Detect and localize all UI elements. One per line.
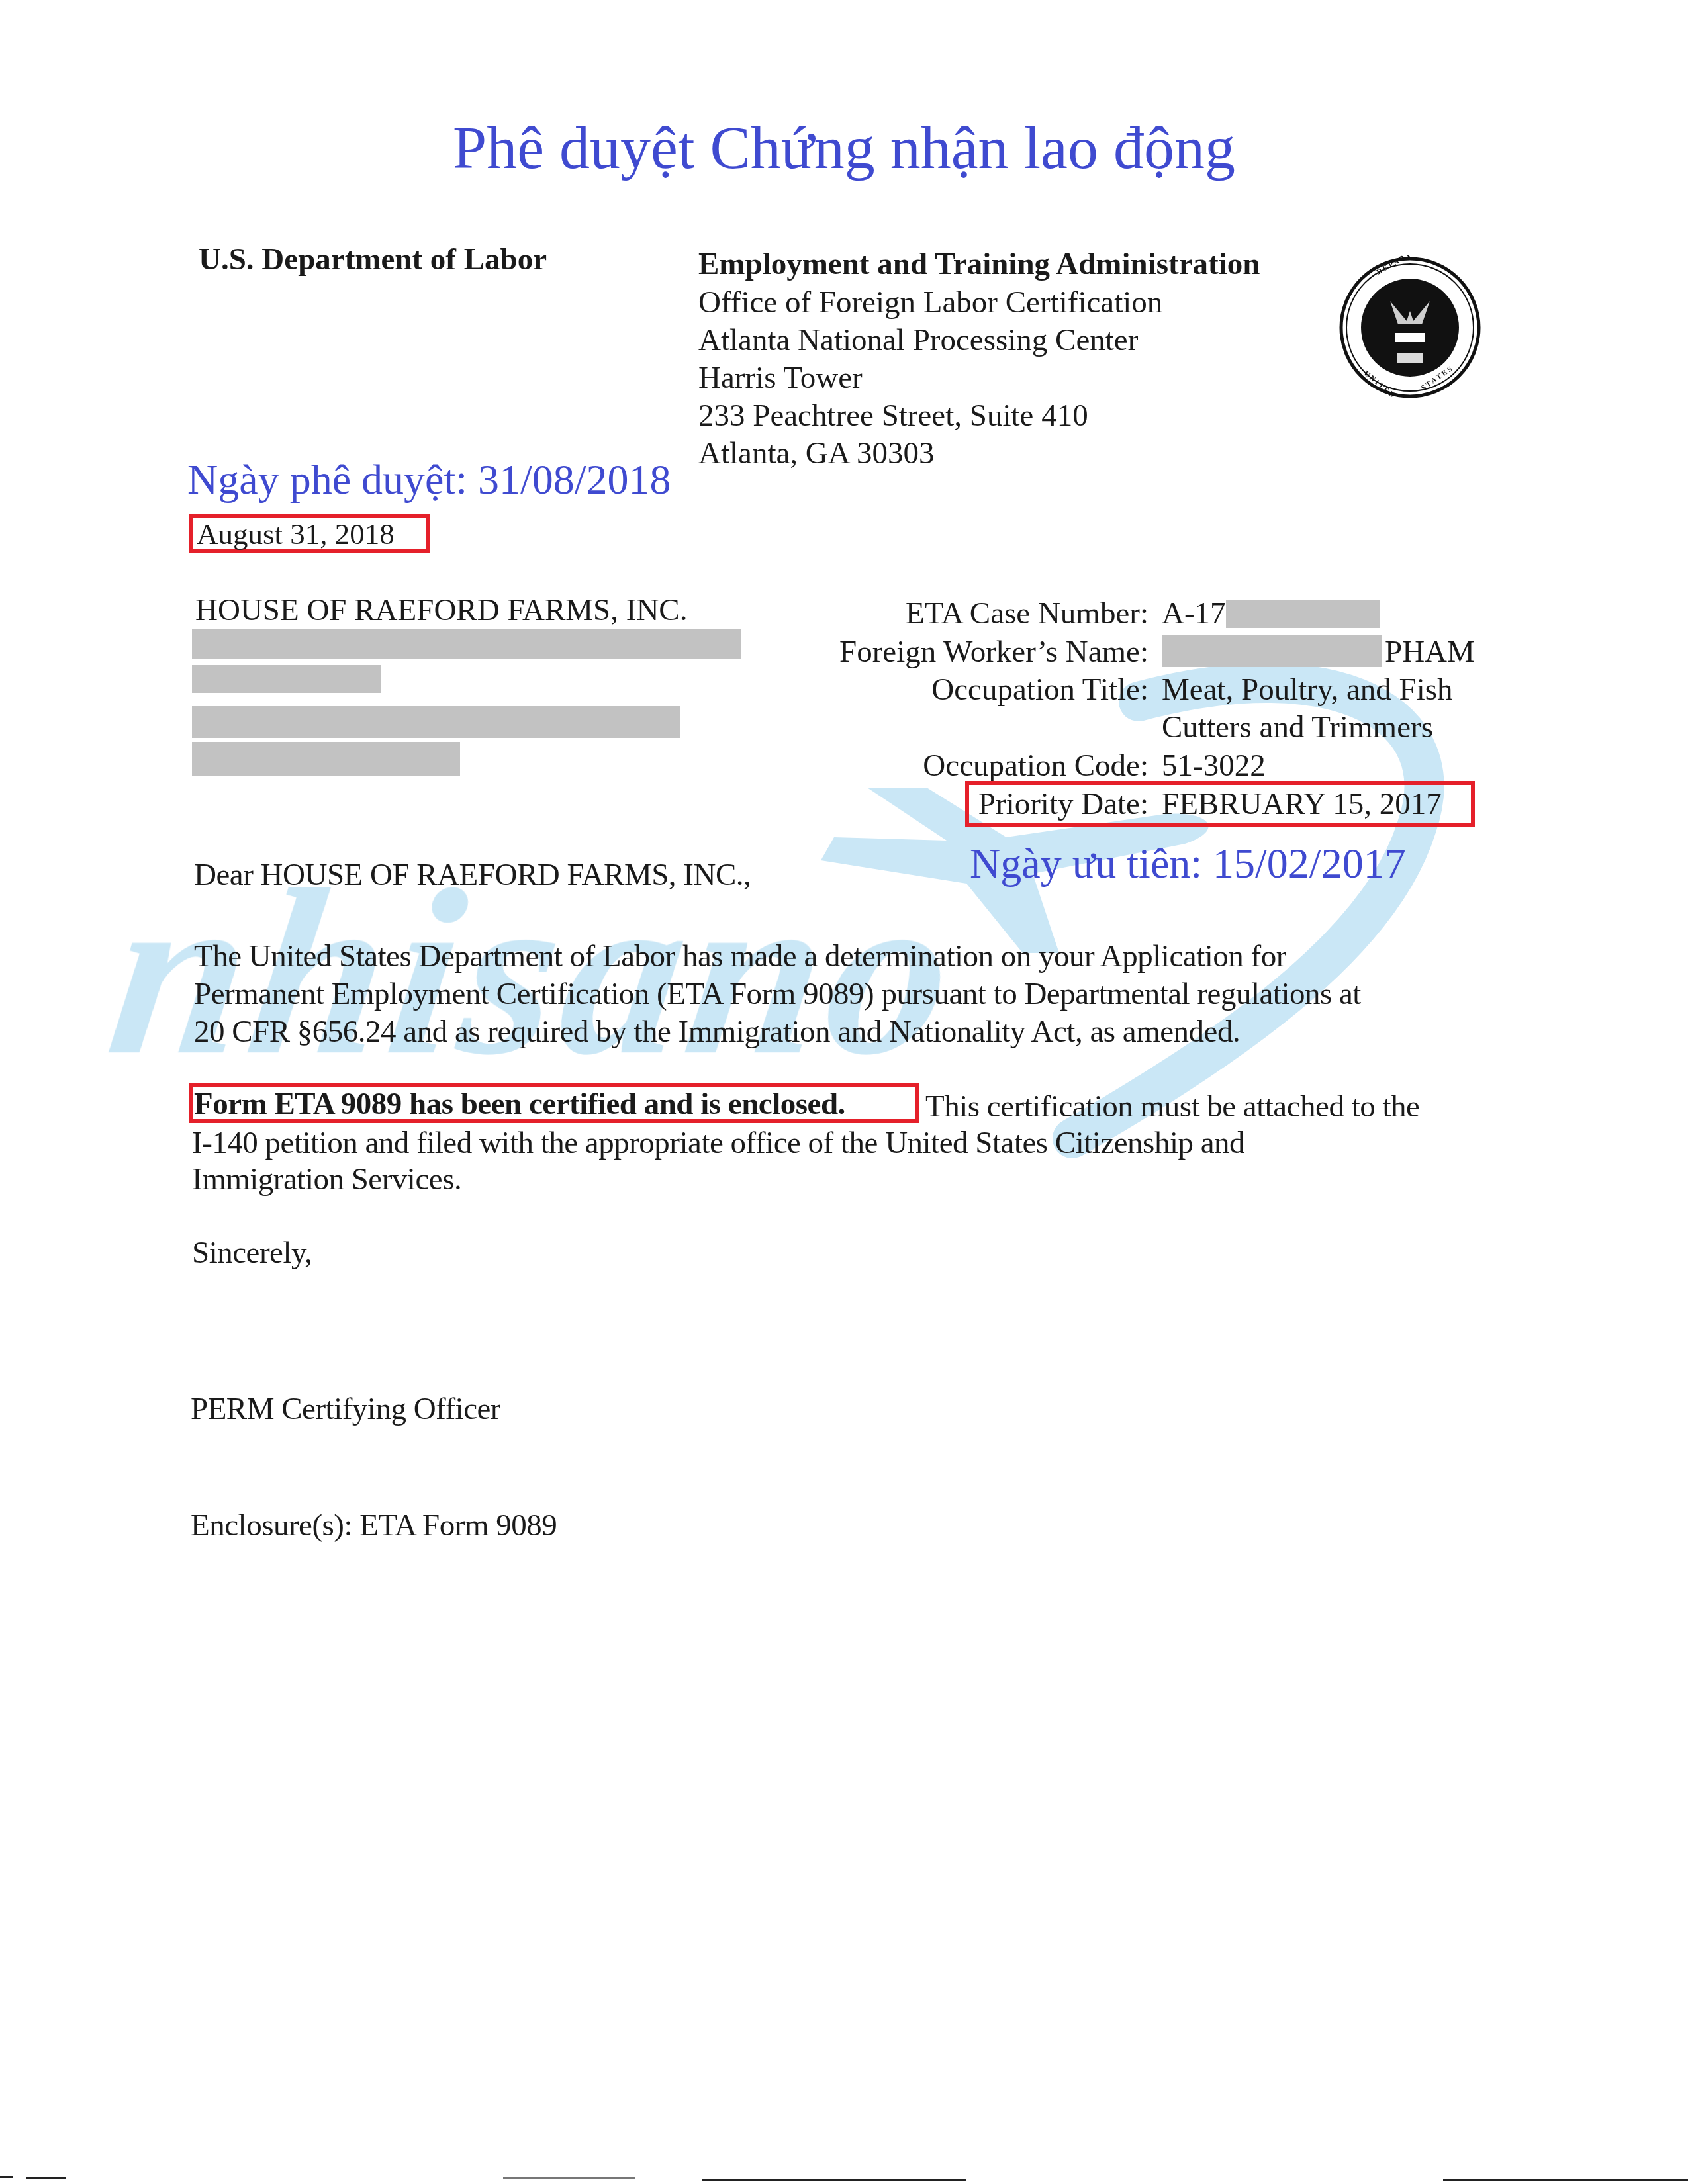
paragraph-line: Immigration Services. [192, 1161, 461, 1197]
occupation-title-label: Occupation Title: [931, 672, 1149, 707]
redacted-case-number [1226, 600, 1380, 628]
redacted-address-line [192, 706, 680, 738]
redacted-worker-given-name [1162, 635, 1382, 667]
department-name: U.S. Department of Labor [199, 242, 547, 277]
enclosure: Enclosure(s): ETA Form 9089 [191, 1508, 557, 1543]
case-number-label: ETA Case Number: [906, 596, 1149, 631]
priority-date-value: FEBRUARY 15, 2017 [1162, 786, 1442, 822]
salutation: Dear HOUSE OF RAEFORD FARMS, INC., [194, 857, 751, 893]
scan-artifact [503, 2177, 635, 2179]
address-line: Atlanta, GA 30303 [698, 435, 934, 471]
redacted-address-line [192, 742, 460, 776]
worker-name-value: PHAM [1385, 634, 1475, 670]
paragraph-line: I-140 petition and filed with the approp… [192, 1125, 1244, 1161]
paragraph-line: This certification must be attached to t… [925, 1089, 1419, 1124]
paragraph-line: 20 CFR §656.24 and as required by the Im… [194, 1014, 1240, 1050]
annotation-approval-date: Ngày phê duyệt: 31/08/2018 [187, 455, 671, 504]
occupation-title-value: Meat, Poultry, and Fish [1162, 672, 1453, 707]
certified-statement: Form ETA 9089 has been certified and is … [194, 1086, 845, 1122]
letter-date: August 31, 2018 [197, 517, 395, 551]
case-number-value: A-17 [1162, 596, 1226, 631]
address-line: Office of Foreign Labor Certification [698, 285, 1162, 320]
address-line: Harris Tower [698, 360, 863, 396]
annotation-title: Phê duyệt Chứng nhận lao động [0, 113, 1688, 183]
scan-artifact [26, 2177, 66, 2179]
redacted-address-line [192, 665, 381, 693]
annotation-priority-date: Ngày ưu tiên: 15/02/2017 [970, 839, 1406, 888]
redacted-address-line [192, 629, 741, 659]
occupation-code-label: Occupation Code: [923, 748, 1149, 784]
scan-artifact [1443, 2179, 1688, 2181]
agency-name: Employment and Training Administration [698, 246, 1260, 282]
recipient-name: HOUSE OF RAEFORD FARMS, INC. [195, 592, 687, 628]
paragraph-line: The United States Department of Labor ha… [194, 938, 1286, 974]
address-line: Atlanta National Processing Center [698, 322, 1138, 358]
address-line: 233 Peachtree Street, Suite 410 [698, 398, 1088, 433]
paragraph-line: Permanent Employment Certification (ETA … [194, 976, 1361, 1012]
signatory: PERM Certifying Officer [191, 1391, 500, 1427]
closing: Sincerely, [192, 1235, 312, 1271]
scan-artifact [702, 2179, 966, 2181]
scan-artifact [0, 2176, 13, 2178]
department-of-labor-seal-icon: D E P A R T M E N T U N I T E D S T A T … [1337, 255, 1483, 400]
priority-date-label: Priority Date: [978, 786, 1149, 822]
occupation-title-value-line2: Cutters and Trimmers [1162, 709, 1433, 745]
worker-name-label: Foreign Worker’s Name: [839, 634, 1149, 670]
occupation-code-value: 51-3022 [1162, 748, 1266, 784]
